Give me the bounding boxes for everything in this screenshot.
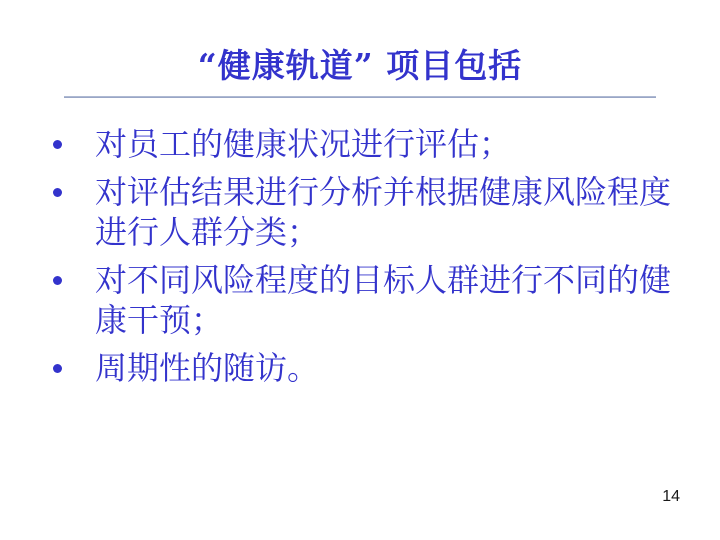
bullet-text: 对不同风险程度的目标人群进行不同的健康干预；	[95, 261, 671, 339]
bullet-item: 对评估结果进行分析并根据健康风险程度进行人群分类；	[50, 172, 685, 252]
title-divider	[64, 96, 656, 98]
bullet-item: 周期性的随访。	[50, 348, 685, 388]
bullet-text: 对员工的健康状况进行评估；	[95, 125, 511, 163]
bullet-item: 对不同风险程度的目标人群进行不同的健康干预；	[50, 260, 685, 340]
slide: “健康轨道” 项目包括 对员工的健康状况进行评估； 对评估结果进行分析并根据健康…	[0, 0, 720, 540]
bullet-text: 周期性的随访。	[95, 349, 319, 387]
bullet-text: 对评估结果进行分析并根据健康风险程度进行人群分类；	[95, 173, 671, 251]
bullet-icon	[53, 276, 62, 285]
bullet-icon	[53, 188, 62, 197]
page-number: 14	[640, 488, 680, 506]
bullet-icon	[53, 364, 62, 373]
slide-title: “健康轨道” 项目包括	[0, 40, 720, 87]
bullet-icon	[53, 140, 62, 149]
bullet-list: 对员工的健康状况进行评估； 对评估结果进行分析并根据健康风险程度进行人群分类； …	[50, 124, 685, 396]
bullet-item: 对员工的健康状况进行评估；	[50, 124, 685, 164]
